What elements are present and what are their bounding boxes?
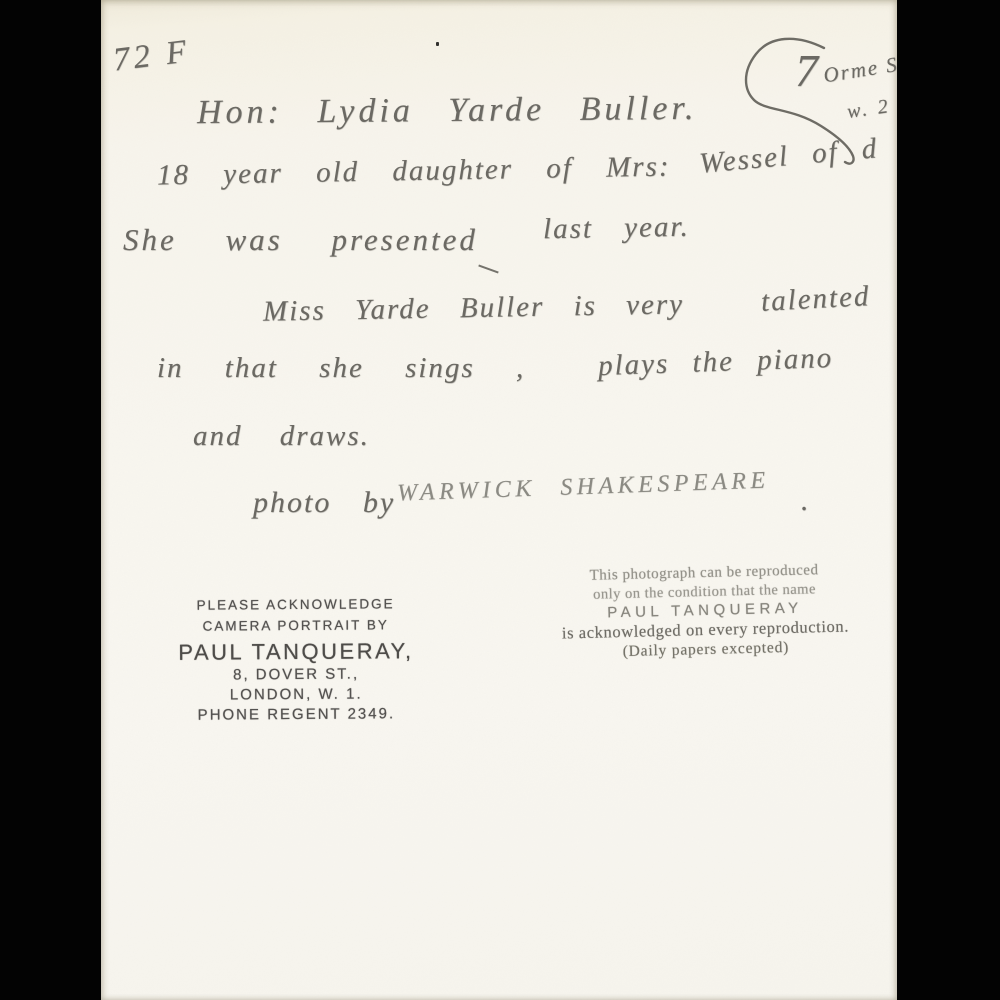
handwriting-photo-by: photo by <box>253 486 395 520</box>
stamp-line: PLEASE ACKNOWLEDGE <box>151 593 441 616</box>
address-house-number: 7 <box>795 44 818 97</box>
stamp-city: LONDON, W. 1. <box>151 684 441 706</box>
stamp-phone: PHONE REGENT 2349. <box>151 704 441 726</box>
ink-speck <box>436 42 439 46</box>
stamp-studio-name: PAUL TANQUERAY, <box>151 637 441 666</box>
handwriting-line-sings-2: plays the piano <box>597 342 833 383</box>
stamp-line: CAMERA PORTRAIT BY <box>151 614 441 637</box>
handwriting-line-talented-2: talented <box>760 280 871 319</box>
handwriting-line-draws: and draws. <box>193 420 370 453</box>
reference-number: 72 F <box>111 33 192 79</box>
handwriting-line-presented: She was presented <box>123 222 478 258</box>
handwriting-line-talented-1: Miss Yarde Buller is very <box>263 288 685 328</box>
handwriting-line-last-year: last year. <box>543 211 690 247</box>
reproduction-notice-stamp: This photograph can be reproduced only o… <box>524 560 886 665</box>
handwriting-period: . <box>801 484 809 518</box>
pencil-dash-stroke <box>478 264 498 273</box>
stamp-street: 8, DOVER ST., <box>151 664 441 686</box>
handwriting-line-name: Hon: Lydia Yarde Buller. <box>197 90 698 132</box>
photograph-back-paper: 72 F 7 Orme Sqre w. 2 Hon: Lydia Yarde B… <box>101 0 897 1000</box>
handwriting-photographer-name: WARWICK SHAKESPEARE <box>397 468 770 508</box>
photo-verso-scan: { "colors": { "background": "#030303", "… <box>0 0 1000 1000</box>
handwriting-line-daughter: 18 year old daughter of Mrs: <box>157 151 671 193</box>
handwriting-line-sings-1: in that she sings , <box>157 352 525 385</box>
studio-address-stamp: PLEASE ACKNOWLEDGE CAMERA PORTRAIT BY PA… <box>151 593 442 726</box>
